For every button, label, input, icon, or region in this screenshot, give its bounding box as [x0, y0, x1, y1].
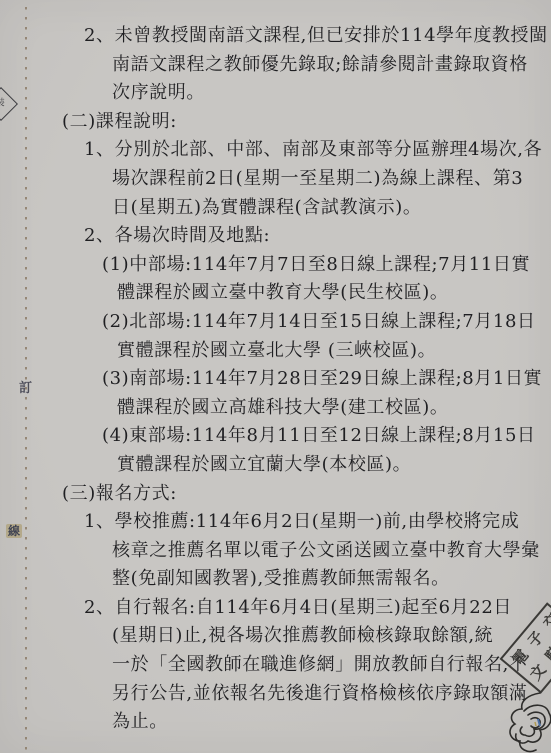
text-line: 體課程於國立臺中教育大學(民生校區)。 [0, 279, 551, 308]
text-line: (4)東部場:114年8月11日至12日線上課程;8月15日 [0, 422, 551, 451]
text-line: 南語文課程之教師優先錄取;餘請參閱計畫錄取資格 [0, 51, 551, 80]
document-body: 2、未曾教授閩南語文課程,但已安排於114學年度教授閩南語文課程之教師優先錄取;… [0, 22, 551, 737]
text-line: 場次課程前2日(星期一至星期二)為線上課程、第3 [0, 165, 551, 194]
text-line: 2、未曾教授閩南語文課程,但已安排於114學年度教授閩 [0, 22, 551, 51]
text-line: 整(免副知國教署),受推薦教師無需報名。 [0, 565, 551, 594]
text-line: 1、學校推薦:114年6月2日(星期一)前,由學校將完成 [0, 508, 551, 537]
text-line: (二)課程說明: [0, 108, 551, 137]
text-line: 另行公告,並依報名先後進行資格檢核依序錄取額滿 [0, 680, 551, 709]
text-line: (3)南部場:114年7月28日至29日線上課程;8月1日實 [0, 365, 551, 394]
text-line: (1)中部場:114年7月7日至8日線上課程;7月11日實 [0, 251, 551, 280]
text-line: 2、自行報名:自114年6月4日(星期三)起至6月22日 [0, 594, 551, 623]
text-line: (2)北部場:114年7月14日至15日線上課程;7月18日 [0, 308, 551, 337]
text-line: (三)報名方式: [0, 480, 551, 509]
text-line: 次序說明。 [0, 79, 551, 108]
seal-swirl-icon [502, 691, 551, 753]
text-line: 2、各場次時間及地點: [0, 222, 551, 251]
text-line: 體課程於國立高雄科技大學(建工校區)。 [0, 394, 551, 423]
text-line: 實體課程於國立宜蘭大學(本校區)。 [0, 451, 551, 480]
text-line: (星期日)止,視各場次推薦教師檢核錄取餘額,統 [0, 622, 551, 651]
text-line: 1、分別於北部、中部、南部及東部等分區辦理4場次,各 [0, 136, 551, 165]
scanned-document-page: 裝 訂 線 2、未曾教授閩南語文課程,但已安排於114學年度教授閩南語文課程之教… [0, 0, 551, 753]
text-line: 核章之推薦名單以電子公文函送國立臺中教育大學彙 [0, 537, 551, 566]
text-line: 為止。 [0, 708, 551, 737]
text-line: 實體課程於國立臺北大學 (三峽校區)。 [0, 337, 551, 366]
text-line: 日(星期五)為實體課程(含試教演示)。 [0, 194, 551, 223]
text-line: 一於「全國教師在職進修網」開放教師自行報名,不 [0, 651, 551, 680]
